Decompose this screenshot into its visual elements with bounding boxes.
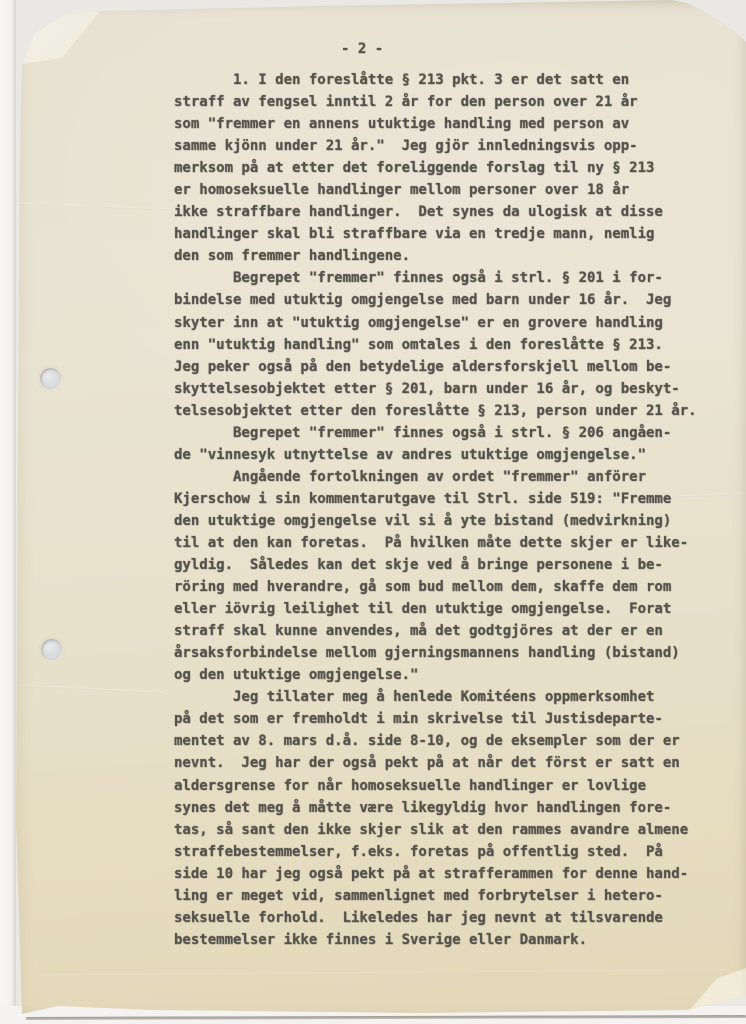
text-line: straff av fengsel inntil 2 år for den pe… — [174, 91, 734, 113]
text-line: side 10 har jeg også pekt på at straffer… — [174, 863, 734, 885]
text-line: nevnt. Jeg har der også pekt på at når d… — [174, 752, 734, 774]
text-line: bestemmelser ikke finnes i Sverige eller… — [174, 929, 734, 951]
punch-hole-bottom — [41, 639, 62, 660]
text-line: tas, så sant den ikke skjer slik at den … — [174, 819, 734, 841]
text-line: seksuelle forhold. Likeledes har jeg nev… — [174, 907, 734, 929]
text-line: Kjerschow i sin kommentarutgave til Strl… — [174, 488, 734, 510]
paper-crease — [14, 684, 164, 694]
punch-hole-top — [40, 368, 61, 389]
text-line: bindelse med utuktig omgjengelse med bar… — [174, 289, 734, 311]
text-line: årsaksforbindelse mellom gjerningsmannen… — [174, 642, 734, 664]
text-line: merksom på at etter det foreliggende for… — [174, 157, 734, 179]
typewritten-text-body: 1. I den foreslåtte § 213 pkt. 3 er det … — [174, 69, 734, 951]
text-line: er homoseksuelle handlinger mellom perso… — [174, 179, 734, 201]
text-line: straff skal kunne anvendes, må det godtg… — [174, 620, 734, 642]
text-line: den utuktige omgjengelse vil si å yte bi… — [174, 510, 734, 532]
text-line: enn "utuktig handling" som omtales i den… — [174, 334, 734, 356]
text-line: skyter inn at "utuktig omgjengelse" er e… — [174, 312, 734, 334]
text-line: ikke straffbare handlinger. Det synes da… — [174, 201, 734, 223]
text-line: Angående fortolkningen av ordet "fremmer… — [174, 466, 734, 488]
text-line: Jeg peker også på den betydelige aldersf… — [174, 356, 734, 378]
text-line: aldersgrense for når homoseksuelle handl… — [174, 775, 734, 797]
text-line: til at den kan foretas. På hvilken måte … — [174, 532, 734, 554]
text-line: synes det meg å måtte være likegyldig hv… — [174, 797, 734, 819]
text-line: samme kjönn under 21 år." Jeg gjör innle… — [174, 135, 734, 157]
text-line: og den utuktige omgjengelse." — [174, 664, 734, 686]
paper-sheet: - 2 - 1. I den foreslåtte § 213 pkt. 3 e… — [0, 0, 746, 1024]
text-line: Begrepet "fremmer" finnes også i strl. §… — [174, 267, 734, 289]
text-line: 1. I den foreslåtte § 213 pkt. 3 er det … — [174, 69, 734, 91]
text-line: den som fremmer handlingene. — [174, 245, 734, 267]
text-line: eller iövrig leilighet til den utuktige … — [174, 598, 734, 620]
text-line: mentet av 8. mars d.å. side 8-10, og de … — [174, 730, 734, 752]
page-number: - 2 - — [341, 40, 383, 58]
text-line: gyldig. Således kan det skje ved å bring… — [174, 554, 734, 576]
paper-crease — [40, 970, 726, 977]
scanned-document-page: - 2 - 1. I den foreslåtte § 213 pkt. 3 e… — [0, 0, 746, 1024]
text-line: telsesobjektet etter den foreslåtte § 21… — [174, 400, 734, 422]
text-line: de "vinnesyk utnyttelse av andres utukti… — [174, 444, 734, 466]
text-line: Jeg tillater meg å henlede Komitéens opp… — [174, 686, 734, 708]
text-line: skyttelsesobjektet etter § 201, barn und… — [174, 378, 734, 400]
text-line: Begrepet "fremmer" finnes også i strl. §… — [174, 422, 734, 444]
text-line: röring med hverandre, gå som bud mellom … — [174, 576, 734, 598]
text-line: handlinger skal bli straffbare via en tr… — [174, 223, 734, 245]
text-line: som "fremmer en annens utuktige handling… — [174, 113, 734, 135]
scan-background-left-strip — [0, 0, 16, 1024]
text-line: på det som er fremholdt i min skrivelse … — [174, 708, 734, 730]
text-line: straffebestemmelser, f.eks. foretas på o… — [174, 841, 734, 863]
text-line: ling er meget vid, sammenlignet med forb… — [174, 885, 734, 907]
